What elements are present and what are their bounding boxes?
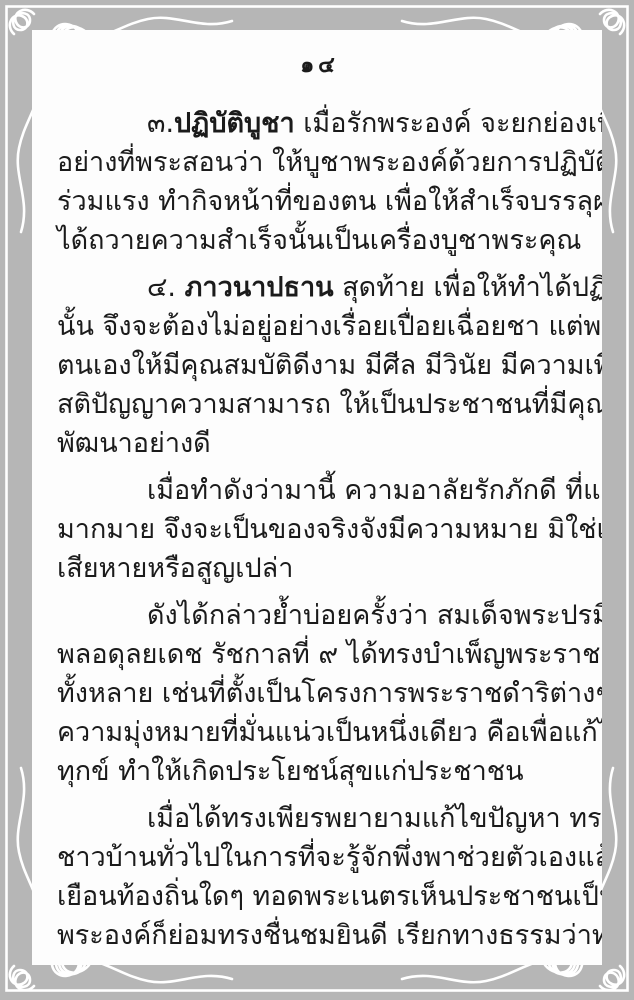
line-prefix: ๔. (147, 272, 185, 303)
text-line: ทุกข์ ทำให้เกิดประโยชน์สุขแก่ประชาชน (57, 752, 582, 791)
text-line: ๔. ภาวนาปธาน สุดท้าย เพื่อให้ทำได้ปฏิบัต… (57, 268, 582, 307)
text-line: ชาวบ้านทั่วไปในการที่จะรู้จักพึ่งพาช่วยต… (57, 838, 582, 877)
text-line: ความมุ่งหมายที่มั่นแน่วเป็นหนึ่งเดียว คื… (57, 713, 582, 752)
page-number: ๑๔ (57, 52, 582, 80)
line-text: เมื่อรักพระองค์ จะยกย่องเทิดทูน ก็ทำ (295, 108, 602, 139)
body-text: ๓.ปฏิบัติบูชา เมื่อรักพระองค์ จะยกย่องเท… (57, 104, 582, 955)
text-line: ๓.ปฏิบัติบูชา เมื่อรักพระองค์ จะยกย่องเท… (57, 104, 582, 143)
line-text: เยือนท้องถิ่นใดๆ ทอดพระเนตรเห็นประชาชนเป… (57, 881, 602, 912)
text-line: เมื่อทำดังว่ามานี้ ความอาลัยรักภักดี ที่… (57, 471, 582, 510)
text-line: ดังได้กล่าวย้ำบ่อยครั้งว่า สมเด็จพระปรมิ… (57, 596, 582, 635)
text-line: พลอดุลยเดช รัชกาลที่ ๙ ได้ทรงบำเพ็ญพระรา… (57, 635, 582, 674)
line-text: พระองค์ก็ย่อมทรงชื่นชมยินดี เรียกทางธรรม… (57, 920, 602, 951)
text-line: ตนเองให้มีคุณสมบัติดีงาม มีศีล มีวินัย ม… (57, 346, 582, 385)
text-line: สติปัญญาความสามารถ ให้เป็นประชาชนที่มีคุ… (57, 385, 582, 424)
text-line: พัฒนาอย่างดี (57, 424, 582, 463)
line-text: ทุกข์ ทำให้เกิดประโยชน์สุขแก่ประชาชน (57, 756, 524, 787)
text-line: เสียหายหรือสูญเปล่า (57, 549, 582, 588)
line-text: ตนเองให้มีคุณสมบัติดีงาม มีศีล มีวินัย ม… (57, 350, 602, 381)
book-page-scan: { "page": { "number": "๑๔", "colors": { … (0, 0, 634, 1000)
bold-lead-term: ภาวนาปธาน (185, 272, 334, 303)
paragraph-3: เมื่อทำดังว่ามานี้ ความอาลัยรักภักดี ที่… (57, 471, 582, 588)
line-text: เสียหายหรือสูญเปล่า (57, 553, 293, 584)
line-text: สติปัญญาความสามารถ ให้เป็นประชาชนที่มีคุ… (57, 389, 602, 420)
line-text: พัฒนาอย่างดี (57, 428, 211, 459)
text-line: เมื่อได้ทรงเพียรพยายามแก้ไขปัญหา ทรงนำพา… (57, 799, 582, 838)
line-text: ชาวบ้านทั่วไปในการที่จะรู้จักพึ่งพาช่วยต… (57, 842, 602, 873)
line-text: ดังได้กล่าวย้ำบ่อยครั้งว่า สมเด็จพระปรมิ… (147, 600, 602, 631)
line-text: นั้น จึงจะต้องไม่อยู่อย่างเรื่อยเปื่อยเฉ… (57, 311, 602, 342)
line-text: ความมุ่งหมายที่มั่นแน่วเป็นหนึ่งเดียว คื… (57, 717, 602, 748)
line-text: เมื่อทำดังว่ามานี้ ความอาลัยรักภักดี ที่… (147, 475, 602, 506)
text-line: ได้ถวายความสำเร็จนั้นเป็นเครื่องบูชาพระค… (57, 221, 582, 260)
text-line: นั้น จึงจะต้องไม่อยู่อย่างเรื่อยเปื่อยเฉ… (57, 307, 582, 346)
text-line: พระองค์ก็ย่อมทรงชื่นชมยินดี เรียกทางธรรม… (57, 916, 582, 955)
paper-page: ๑๔ ๓.ปฏิบัติบูชา เมื่อรักพระองค์ จะยกย่อ… (32, 30, 602, 965)
paragraph-1: ๓.ปฏิบัติบูชา เมื่อรักพระองค์ จะยกย่องเท… (57, 104, 582, 260)
bold-lead-term: ปฏิบัติบูชา (174, 108, 295, 139)
line-text: ร่วมแรง ทำกิจหน้าที่ของตน เพื่อให้สำเร็จ… (57, 186, 602, 217)
paragraph-5: เมื่อได้ทรงเพียรพยายามแก้ไขปัญหา ทรงนำพา… (57, 799, 582, 955)
paragraph-2: ๔. ภาวนาปธาน สุดท้าย เพื่อให้ทำได้ปฏิบัต… (57, 268, 582, 463)
line-text: ทั้งหลาย เช่นที่ตั้งเป็นโครงการพระราชดำร… (57, 678, 602, 709)
line-text: เมื่อได้ทรงเพียรพยายามแก้ไขปัญหา ทรงนำพา… (147, 803, 602, 834)
text-line: ร่วมแรง ทำกิจหน้าที่ของตน เพื่อให้สำเร็จ… (57, 182, 582, 221)
line-prefix: ๓. (147, 108, 174, 139)
text-line: ทั้งหลาย เช่นที่ตั้งเป็นโครงการพระราชดำร… (57, 674, 582, 713)
line-text: พลอดุลยเดช รัชกาลที่ ๙ ได้ทรงบำเพ็ญพระรา… (57, 639, 602, 670)
line-text: อย่างที่พระสอนว่า ให้บูชาพระองค์ด้วยการป… (57, 147, 602, 178)
line-text: สุดท้าย เพื่อให้ทำได้ปฏิบัติได้อย่าง (334, 272, 602, 303)
text-line: อย่างที่พระสอนว่า ให้บูชาพระองค์ด้วยการป… (57, 143, 582, 182)
line-text: ได้ถวายความสำเร็จนั้นเป็นเครื่องบูชาพระค… (57, 225, 581, 256)
text-line: เยือนท้องถิ่นใดๆ ทอดพระเนตรเห็นประชาชนเป… (57, 877, 582, 916)
line-text: มากมาย จึงจะเป็นของจริงจังมีความหมาย มิใ… (57, 514, 602, 545)
paragraph-4: ดังได้กล่าวย้ำบ่อยครั้งว่า สมเด็จพระปรมิ… (57, 596, 582, 791)
text-line: มากมาย จึงจะเป็นของจริงจังมีความหมาย มิใ… (57, 510, 582, 549)
